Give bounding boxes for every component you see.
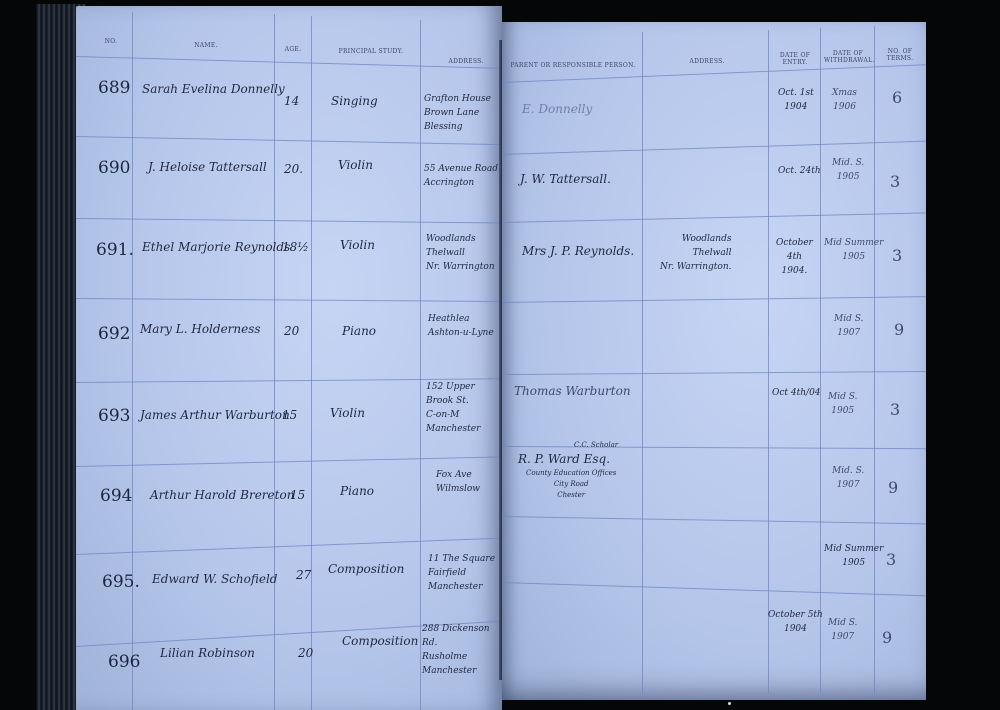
row-rule bbox=[502, 446, 926, 449]
entry-age: 20 bbox=[284, 324, 299, 338]
entry-number: 692 bbox=[98, 324, 130, 344]
header-no-of-terms: NO. OF TERMS. bbox=[880, 48, 920, 62]
entry-age: 18½ bbox=[282, 240, 309, 254]
header-date-of-withdrawal: DATE OF WITHDRAWAL. bbox=[824, 50, 872, 64]
row-rule bbox=[76, 298, 502, 302]
entry-date-of-entry: October 4th 1904. bbox=[776, 236, 813, 278]
row-rule bbox=[502, 141, 926, 155]
column-rule bbox=[768, 30, 769, 694]
column-rule bbox=[311, 16, 312, 710]
entry-parent-note: C.C. Scholar bbox=[574, 438, 618, 452]
row-rule bbox=[76, 218, 502, 223]
entry-terms: 6 bbox=[892, 88, 902, 107]
right-page: PARENT or RESPONSIBLE PERSON. ADDRESS. D… bbox=[502, 22, 926, 700]
entry-terms: 3 bbox=[886, 550, 896, 569]
entry-study: Violin bbox=[338, 158, 373, 172]
entry-number: 691. bbox=[96, 240, 134, 260]
header-name: NAME. bbox=[166, 42, 246, 49]
entry-age: 14 bbox=[284, 94, 299, 108]
entry-age: 15 bbox=[290, 488, 305, 502]
entry-name: Ethel Marjorie Reynolds bbox=[142, 240, 290, 254]
row-rule bbox=[76, 456, 502, 467]
entry-date-of-withdrawal: Mid S. 1907 bbox=[834, 312, 863, 340]
entry-terms: 3 bbox=[890, 400, 900, 419]
row-rule bbox=[502, 212, 926, 223]
entry-number: 693 bbox=[98, 406, 130, 426]
entry-terms: 9 bbox=[888, 478, 898, 497]
entry-address: Heathlea Ashton-u-Lyne bbox=[428, 312, 494, 340]
entry-date-of-entry: October 5th 1904 bbox=[768, 608, 823, 636]
column-rule bbox=[642, 32, 643, 694]
entry-address: Woodlands Thelwall Nr. Warrington bbox=[426, 232, 495, 274]
entry-study: Violin bbox=[330, 406, 365, 420]
row-rule bbox=[76, 136, 502, 145]
entry-study: Violin bbox=[340, 238, 375, 252]
entry-name: Lilian Robinson bbox=[160, 646, 255, 660]
entry-parent-address: County Education Offices City Road Chest… bbox=[526, 468, 616, 501]
header-parent: PARENT or RESPONSIBLE PERSON. bbox=[508, 62, 638, 69]
entry-address: Grafton House Brown Lane Blessing bbox=[424, 92, 491, 134]
entry-number: 696 bbox=[108, 652, 140, 672]
entry-terms: 9 bbox=[882, 628, 892, 647]
entry-name: James Arthur Warburton bbox=[140, 408, 290, 422]
entry-parent: J. W. Tattersall. bbox=[520, 172, 611, 186]
entry-age: 20. bbox=[284, 162, 303, 176]
header-principal-study: PRINCIPAL STUDY. bbox=[326, 48, 416, 55]
entry-number: 694 bbox=[100, 486, 132, 506]
entry-name: Mary L. Holderness bbox=[140, 322, 261, 336]
entry-address: Fox Ave Wilmslow bbox=[436, 468, 480, 496]
row-rule bbox=[502, 582, 926, 596]
header-address: ADDRESS. bbox=[436, 58, 496, 65]
entry-date-of-withdrawal: Mid. S. 1905 bbox=[832, 156, 864, 184]
entry-terms: 9 bbox=[894, 320, 904, 339]
entry-name: Edward W. Schofield bbox=[152, 572, 277, 586]
entry-name: J. Heloise Tattersall bbox=[148, 160, 267, 174]
entry-date-of-withdrawal: Mid. S. 1907 bbox=[832, 464, 864, 492]
entry-study: Piano bbox=[340, 484, 374, 498]
entry-number: 690 bbox=[98, 158, 130, 178]
entry-parent: Thomas Warburton bbox=[514, 384, 631, 398]
column-rule bbox=[274, 14, 275, 710]
row-rule bbox=[502, 516, 926, 524]
header-no: No. bbox=[96, 38, 126, 45]
entry-date-of-withdrawal: Xmas 1906 bbox=[832, 86, 857, 114]
entry-terms: 3 bbox=[890, 172, 900, 191]
entry-date-of-entry: Oct. 24th bbox=[778, 164, 821, 178]
entry-name: Arthur Harold Brereton bbox=[150, 488, 294, 502]
left-page: No. NAME. AGE. PRINCIPAL STUDY. ADDRESS.… bbox=[76, 6, 502, 710]
entry-terms: 3 bbox=[892, 246, 902, 265]
header-parent-address: ADDRESS. bbox=[672, 58, 742, 65]
entry-date-of-withdrawal: Mid Summer 1905 bbox=[824, 236, 883, 264]
entry-date-of-entry: Oct 4th/04 bbox=[772, 386, 821, 400]
entry-study: Composition bbox=[328, 562, 404, 576]
entry-study: Composition bbox=[342, 634, 418, 648]
entry-address: 152 Upper Brook St. C-on-M Manchester bbox=[426, 380, 502, 436]
entry-name: Sarah Evelina Donnelly bbox=[142, 82, 285, 96]
column-rule bbox=[420, 20, 421, 710]
entry-age: 15 bbox=[282, 408, 297, 422]
entry-age: 20 bbox=[298, 646, 313, 660]
entry-date-of-entry: Oct. 1st 1904 bbox=[778, 86, 814, 114]
entry-parent: E. Donnelly bbox=[522, 102, 592, 116]
row-rule bbox=[502, 296, 926, 303]
entry-parent: R. P. Ward Esq. bbox=[518, 452, 610, 466]
entry-parent: Mrs J. P. Reynolds. bbox=[522, 244, 634, 258]
entry-parent-address: Woodlands Thelwall Nr. Warrington. bbox=[660, 232, 731, 274]
entry-address: 11 The Square Fairfield Manchester bbox=[428, 552, 495, 594]
entry-number: 695. bbox=[102, 572, 140, 592]
column-rule bbox=[820, 28, 821, 694]
column-rule bbox=[132, 12, 133, 710]
entry-date-of-withdrawal: Mid S. 1905 bbox=[828, 390, 857, 418]
light-speck bbox=[728, 702, 731, 705]
header-date-of-entry: DATE OF ENTRY. bbox=[772, 52, 818, 66]
entry-address: 288 Dickenson Rd. Rusholme Manchester bbox=[422, 622, 502, 678]
entry-number: 689 bbox=[98, 78, 130, 98]
header-age: AGE. bbox=[276, 46, 310, 53]
entry-address: 55 Avenue Road Accrington bbox=[424, 162, 498, 190]
entry-date-of-withdrawal: Mid S. 1907 bbox=[828, 616, 857, 644]
entry-study: Piano bbox=[342, 324, 376, 338]
entry-study: Singing bbox=[331, 94, 378, 108]
row-rule bbox=[502, 371, 926, 375]
entry-date-of-withdrawal: Mid Summer 1905 bbox=[824, 542, 883, 570]
entry-age: 27 bbox=[296, 568, 311, 582]
